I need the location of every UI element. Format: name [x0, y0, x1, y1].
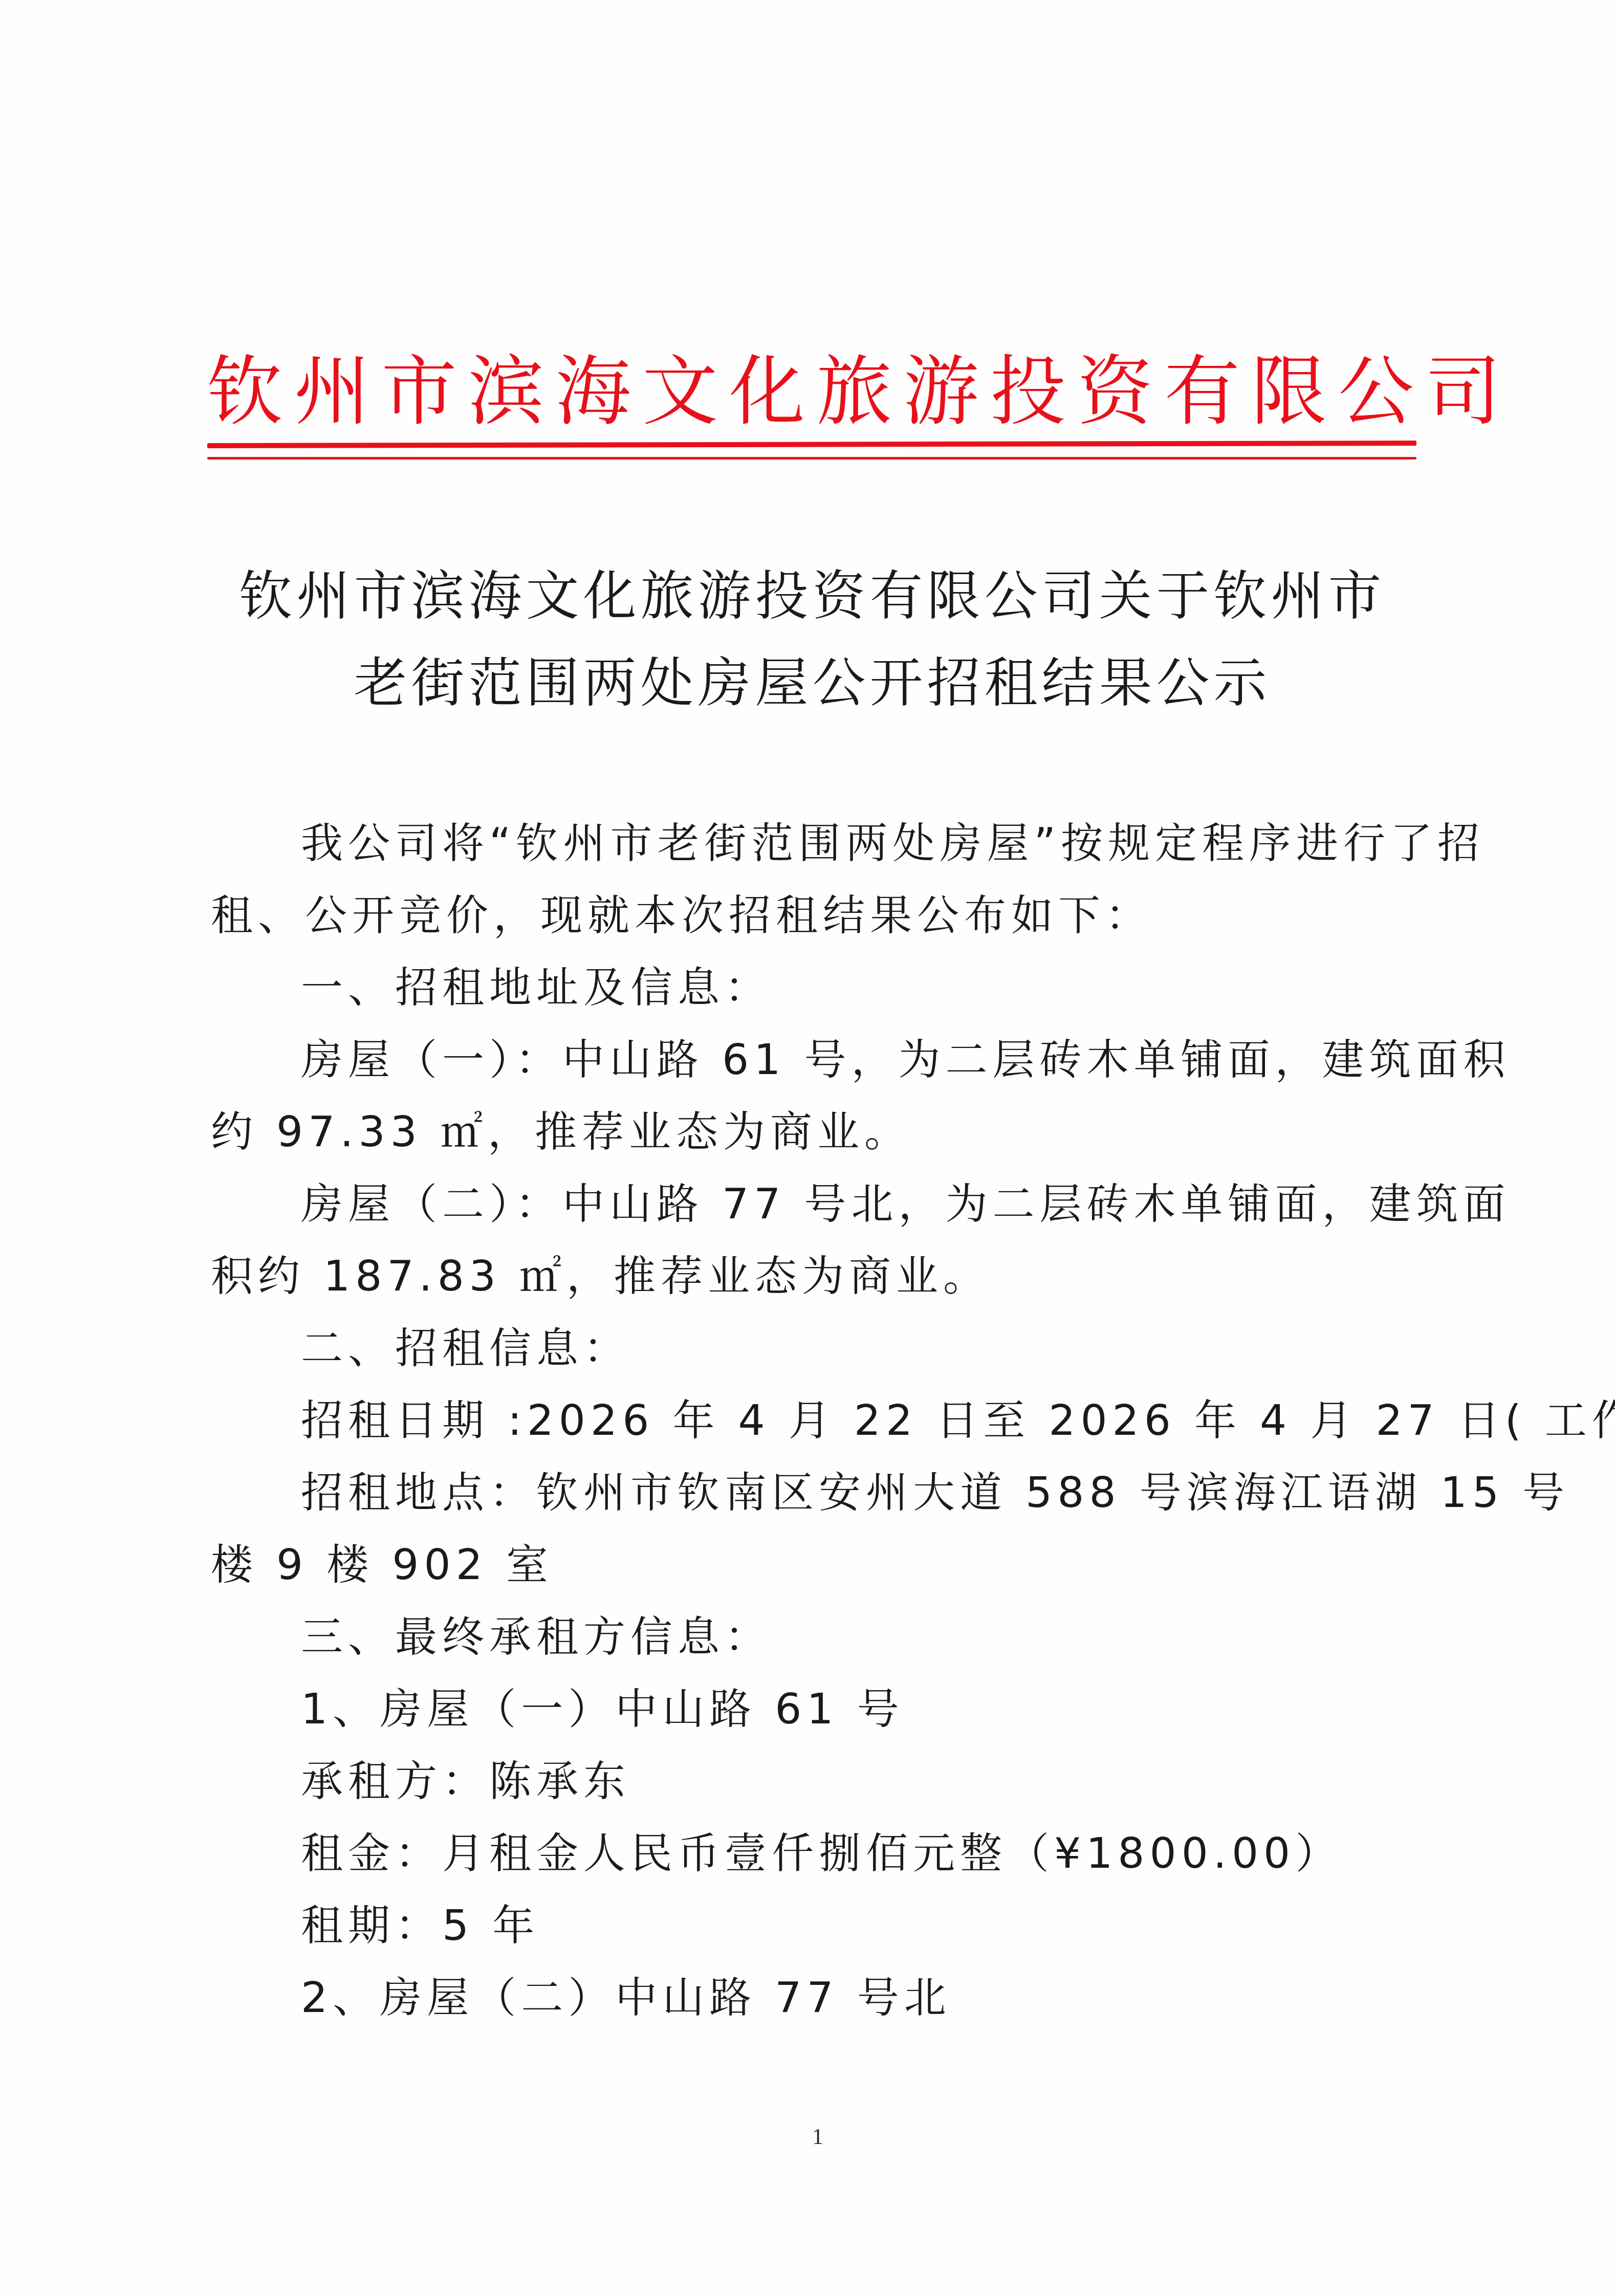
document-title-line-2: 老街范围两处房屋公开招租结果公示	[207, 640, 1417, 727]
house-1-description-line-1: 房屋（一）：中山路 61 号，为二层砖木单铺面，建筑面积	[211, 1024, 1418, 1096]
document-title: 钦州市滨海文化旅游投资有限公司关于钦州市 老街范围两处房屋公开招租结果公示	[207, 553, 1417, 727]
result-item-1-tenant: 承租方：陈承东	[211, 1745, 1418, 1818]
document-title-line-1: 钦州市滨海文化旅游投资有限公司关于钦州市	[207, 553, 1417, 640]
intro-paragraph-line-1: 我公司将“钦州市老街范围两处房屋”按规定程序进行了招	[211, 807, 1418, 880]
rental-date: 招租日期 :2026 年 4 月 22 日至 2026 年 4 月 27 日( …	[211, 1385, 1418, 1457]
result-item-1-rent: 租金：月租金人民币壹仟捌佰元整（¥1800.00）	[211, 1818, 1418, 1890]
letterhead-rule-thick	[207, 441, 1416, 448]
document-page: 钦州市滨海文化旅游投资有限公司 钦州市滨海文化旅游投资有限公司关于钦州市 老街范…	[0, 0, 1615, 2296]
document-body: 我公司将“钦州市老街范围两处房屋”按规定程序进行了招 租、公开竞价，现就本次招租…	[211, 807, 1418, 2034]
house-2-description-line-1: 房屋（二）：中山路 77 号北，为二层砖木单铺面，建筑面	[211, 1168, 1418, 1240]
section-1-heading: 一、招租地址及信息：	[211, 952, 1418, 1024]
house-1-description-line-2: 约 97.33 ㎡，推荐业态为商业。	[211, 1096, 1418, 1168]
page-number: 1	[802, 2124, 833, 2150]
house-2-description-line-2: 积约 187.83 ㎡，推荐业态为商业。	[211, 1240, 1418, 1313]
rental-location-line-2: 楼 9 楼 902 室	[211, 1529, 1418, 1601]
result-item-2-heading: 2、房屋（二）中山路 77 号北	[211, 1962, 1418, 2034]
intro-paragraph-line-2: 租、公开竞价，现就本次招租结果公布如下：	[211, 880, 1418, 952]
letterhead-company-name: 钦州市滨海文化旅游投资有限公司	[207, 348, 1417, 435]
letterhead-rule-thin	[207, 457, 1416, 460]
section-3-heading: 三、最终承租方信息：	[211, 1601, 1418, 1673]
rental-location-line-1: 招租地点：钦州市钦南区安州大道 588 号滨海江语湖 15 号	[211, 1457, 1418, 1529]
result-item-1-term: 租期：5 年	[211, 1890, 1418, 1962]
section-2-heading: 二、招租信息：	[211, 1313, 1418, 1385]
result-item-1-heading: 1、房屋（一）中山路 61 号	[211, 1673, 1418, 1745]
